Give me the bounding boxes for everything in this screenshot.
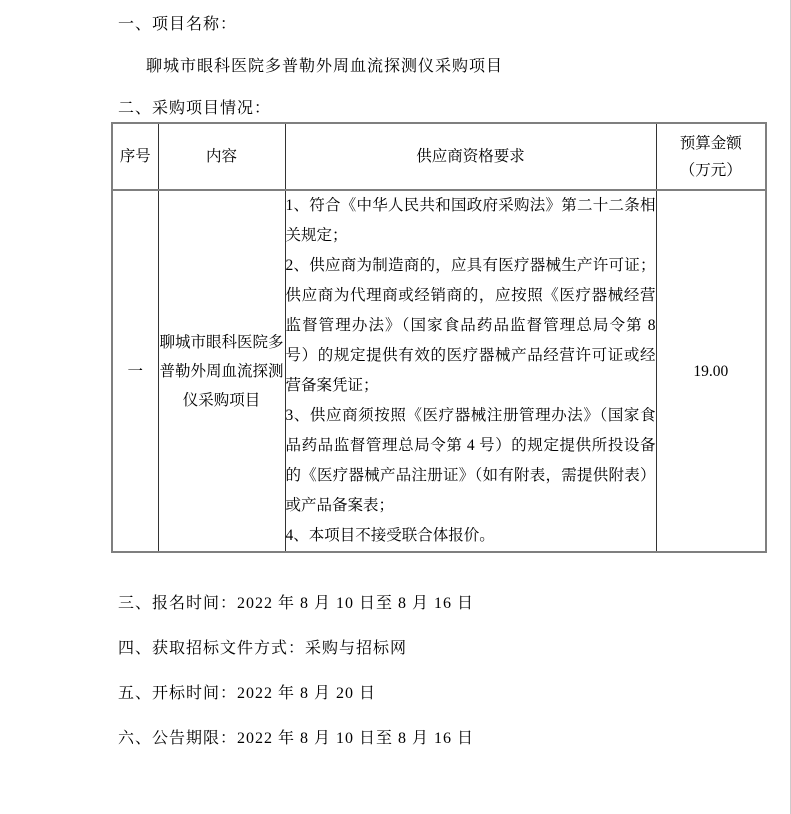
section-3-registration-time: 三、报名时间：2022 年 8 月 10 日至 8 月 16 日 [118,593,791,615]
section-6-announcement-period: 六、公告期限：2022 年 8 月 10 日至 8 月 16 日 [118,728,791,750]
project-name: 聊城市眼科医院多普勒外周血流探测仪采购项目 [146,56,791,78]
cell-requirements: 1、符合《中华人民共和国政府采购法》第二十二条相关规定； 2、供应商为制造商的，… [285,190,656,552]
budget-header-line1: 预算金额 [657,130,766,157]
table-header-row: 序号 内容 供应商资格要求 预算金额 （万元） [112,123,766,190]
requirement-item-4: 4、本项目不接受联合体报价。 [286,521,656,551]
cell-budget: 19.00 [656,190,766,552]
table-row: 一 聊城市眼科医院多普勒外周血流探测仪采购项目 1、符合《中华人民共和国政府采购… [112,190,766,552]
section-1-heading: 一、项目名称： [118,14,791,36]
cell-content: 聊城市眼科医院多普勒外周血流探测仪采购项目 [158,190,285,552]
column-header-seq: 序号 [112,123,158,190]
column-header-requirements: 供应商资格要求 [285,123,656,190]
section-4-document-method: 四、获取招标文件方式：采购与招标网 [118,638,791,660]
requirement-item-1: 1、符合《中华人民共和国政府采购法》第二十二条相关规定； [286,191,656,251]
section-5-opening-time: 五、开标时间：2022 年 8 月 20 日 [118,683,791,705]
requirement-item-3: 3、供应商须按照《医疗器械注册管理办法》（国家食品药品监督管理总局令第 4 号）… [286,401,656,521]
requirement-item-2: 2、供应商为制造商的，应具有医疗器械生产许可证；供应商为代理商或经销商的，应按照… [286,251,656,401]
column-header-content: 内容 [158,123,285,190]
section-2-heading: 二、采购项目情况： [118,98,791,120]
document-page: 一、项目名称： 聊城市眼科医院多普勒外周血流探测仪采购项目 二、采购项目情况： … [0,0,791,814]
budget-header-line2: （万元） [657,157,766,184]
cell-seq: 一 [112,190,158,552]
column-header-budget: 预算金额 （万元） [656,123,766,190]
procurement-table: 序号 内容 供应商资格要求 预算金额 （万元） 一 聊城市眼科医院多普勒外周血流… [111,122,767,553]
